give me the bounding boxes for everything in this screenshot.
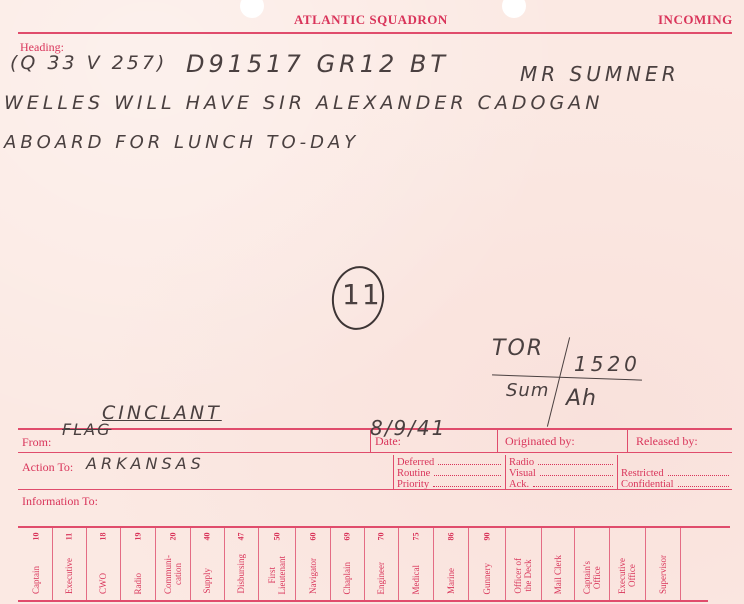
routing-department: Radio <box>133 573 143 595</box>
method-divider <box>505 455 506 489</box>
precedence-block: Deferred Routine Priority <box>397 457 503 490</box>
header-rule <box>18 32 732 34</box>
routing-department: Officer of the Deck <box>513 558 533 594</box>
routing-column[interactable]: 50First Lieutenant <box>258 528 296 600</box>
routing-department: First Lieutenant <box>267 556 287 594</box>
from-bottom-rule <box>18 452 732 453</box>
message-line-3: ABOARD FOR LUNCH TO-DAY <box>4 132 359 153</box>
routing-code: 47 <box>237 533 246 541</box>
routing-column[interactable]: Mail Clerk <box>541 528 575 600</box>
from-value: CINCLANT <box>102 402 222 424</box>
routing-department: Disbursing <box>236 554 246 594</box>
routing-column[interactable]: 19Radio <box>120 528 156 600</box>
routing-bottom-rule <box>18 600 708 602</box>
routing-code: 90 <box>482 533 491 541</box>
routing-column[interactable]: 20Communi- cation <box>155 528 191 600</box>
routing-column[interactable]: 75Medical <box>398 528 434 600</box>
tor-time: 1520 <box>574 352 641 376</box>
message-line-1: MR SUMNER <box>520 62 680 86</box>
method-radio[interactable]: Radio <box>509 457 615 468</box>
punch-hole-right <box>502 0 526 18</box>
routing-column[interactable]: 47Disbursing <box>224 528 259 600</box>
routing-department: Mail Clerk <box>553 555 563 594</box>
routing-department: Executive <box>64 558 74 594</box>
released-by-label: Released by: <box>636 434 698 449</box>
routing-department: Medical <box>411 565 421 595</box>
action-bottom-rule <box>18 489 732 490</box>
routing-column[interactable]: Supervisor <box>645 528 681 600</box>
form-title: ATLANTIC SQUADRON <box>294 12 448 28</box>
routing-department: CWO <box>98 573 108 594</box>
message-line-2: WELLES WILL HAVE SIR ALEXANDER CADOGAN <box>4 92 603 114</box>
information-to-label: Information To: <box>22 494 98 509</box>
heading-code: (Q 33 V 257) <box>10 52 167 74</box>
routing-column[interactable]: Executive Office <box>609 528 646 600</box>
routing-column[interactable]: Officer of the Deck <box>505 528 542 600</box>
date-time-group: D91517 GR12 BT <box>186 50 449 78</box>
routing-code: 70 <box>377 533 386 541</box>
routing-column[interactable]: 60Navigator <box>295 528 331 600</box>
routing-code: 86 <box>446 533 455 541</box>
routing-department: Engineer <box>376 562 386 594</box>
routing-code: 20 <box>168 533 177 541</box>
tor-label: TOR <box>492 336 544 361</box>
originated-divider <box>497 428 498 453</box>
routing-department: Captain's Office <box>582 561 602 594</box>
direction-label: INCOMING <box>658 12 733 28</box>
routing-code: 75 <box>411 533 420 541</box>
routing-code: 18 <box>99 533 108 541</box>
method-visual[interactable]: Visual <box>509 468 615 479</box>
circled-number: 11 <box>342 278 382 311</box>
routing-code: 60 <box>308 533 317 541</box>
routing-column[interactable]: Captain's Office <box>574 528 610 600</box>
initials-right: Ah <box>566 386 597 411</box>
punch-hole-left <box>240 0 264 18</box>
classification-divider <box>617 455 618 489</box>
routing-code: 50 <box>272 533 281 541</box>
routing-column[interactable]: 69Chaplain <box>330 528 365 600</box>
routing-department: Executive Office <box>617 558 637 594</box>
originated-by-label: Originated by: <box>505 434 575 449</box>
routing-column[interactable]: 86Marine <box>433 528 469 600</box>
method-block: Radio Visual Ack. <box>509 457 615 490</box>
action-to-value: ARKANSAS <box>86 454 205 473</box>
from-label: From: <box>22 435 51 450</box>
routing-department: Supply <box>202 568 212 594</box>
routing-column[interactable]: 40Supply <box>190 528 225 600</box>
routing-department: Navigator <box>308 558 318 594</box>
routing-column[interactable]: 90Gunnery <box>468 528 506 600</box>
routing-code: 69 <box>343 533 352 541</box>
routing-department: Chaplain <box>342 562 352 595</box>
routing-department: Gunnery <box>482 563 492 595</box>
routing-column[interactable]: 18CWO <box>86 528 121 600</box>
routing-department: Captain <box>31 566 41 594</box>
tor-divider <box>547 337 570 427</box>
routing-column[interactable]: 10Captain <box>20 528 53 600</box>
precedence-deferred[interactable]: Deferred <box>397 457 503 468</box>
routing-code: 11 <box>65 533 74 541</box>
precedence-routine[interactable]: Routine <box>397 468 503 479</box>
routing-department: Supervisor <box>658 555 668 594</box>
initials-left: Sum <box>506 380 549 401</box>
routing-column[interactable]: 11Executive <box>52 528 87 600</box>
classification-block: Restricted Confidential <box>621 468 731 490</box>
routing-column[interactable]: 70Engineer <box>364 528 399 600</box>
routing-department: Marine <box>446 568 456 594</box>
released-divider <box>627 428 628 453</box>
routing-code: 19 <box>133 533 142 541</box>
precedence-divider <box>393 455 394 489</box>
date-value: 8/9/41 <box>370 416 446 440</box>
classification-restricted[interactable]: Restricted <box>621 468 731 479</box>
action-to-label: Action To: <box>22 460 73 475</box>
routing-code: 10 <box>32 533 41 541</box>
routing-code: 40 <box>203 533 212 541</box>
routing-department: Communi- cation <box>163 555 183 594</box>
